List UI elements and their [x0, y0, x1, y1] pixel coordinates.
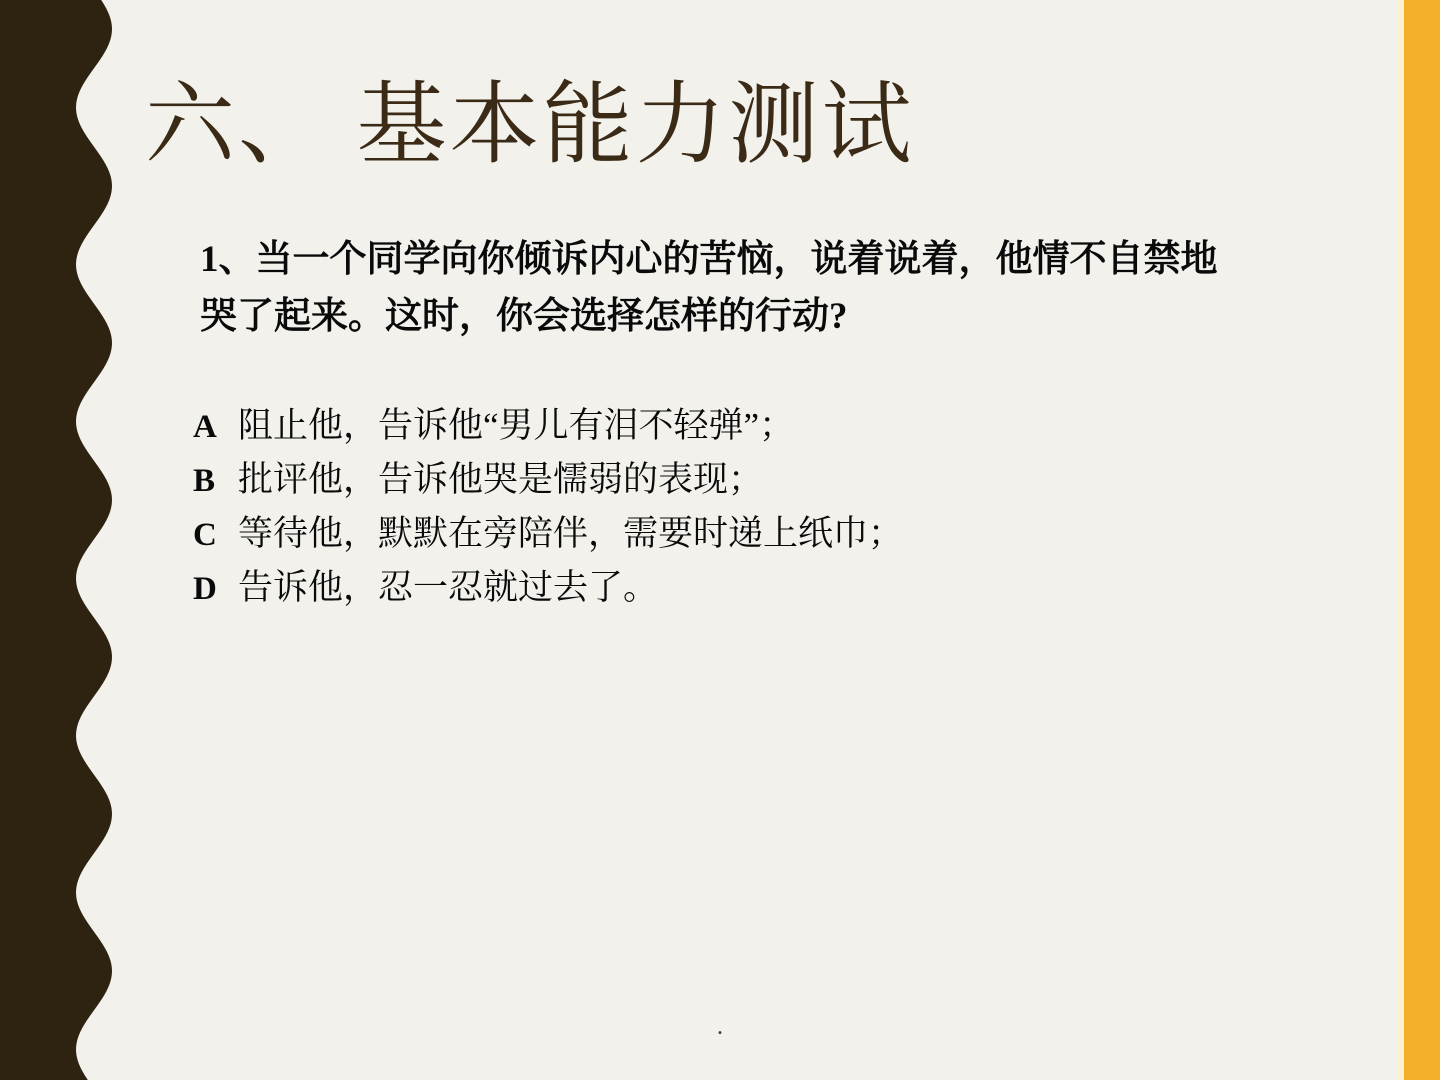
option-letter-b: B	[193, 454, 238, 508]
slide-title: 六、 基本能力测试	[145, 74, 915, 178]
option-row-c: C 等待他，默默在旁陪伴，需要时递上纸巾；	[193, 507, 903, 561]
right-accent-strip	[1404, 0, 1440, 1080]
option-letter-d: D	[193, 562, 238, 616]
option-row-b: B 批评他，告诉他哭是懦弱的表现；	[193, 453, 903, 507]
option-text-d: 告诉他，忍一忍就过去了。	[238, 561, 658, 615]
option-text-c: 等待他，默默在旁陪伴，需要时递上纸巾；	[238, 507, 903, 561]
question-line-1: 1、当一个同学向你倾诉内心的苦恼，说着说着，他情不自禁地	[200, 231, 1340, 288]
left-wave-shape	[0, 0, 112, 1080]
option-text-a: 阻止他，告诉他“男儿有泪不轻弹”；	[238, 399, 794, 453]
option-row-d: D 告诉他，忍一忍就过去了。	[193, 561, 903, 615]
option-row-a: A 阻止他，告诉他“男儿有泪不轻弹”；	[193, 399, 903, 453]
option-text-b: 批评他，告诉他哭是懦弱的表现；	[238, 453, 763, 507]
question-line-2: 哭了起来。这时，你会选择怎样的行动?	[200, 288, 1340, 345]
option-letter-a: A	[193, 400, 238, 454]
right-accent-gap-strip	[1397, 0, 1404, 1080]
option-letter-c: C	[193, 508, 238, 562]
options-list: A 阻止他，告诉他“男儿有泪不轻弹”； B 批评他，告诉他哭是懦弱的表现； C …	[193, 399, 903, 615]
left-wave-border	[0, 0, 140, 1080]
question-text: 1、当一个同学向你倾诉内心的苦恼，说着说着，他情不自禁地 哭了起来。这时，你会选…	[200, 231, 1340, 345]
footer-dot: .	[706, 1018, 734, 1039]
